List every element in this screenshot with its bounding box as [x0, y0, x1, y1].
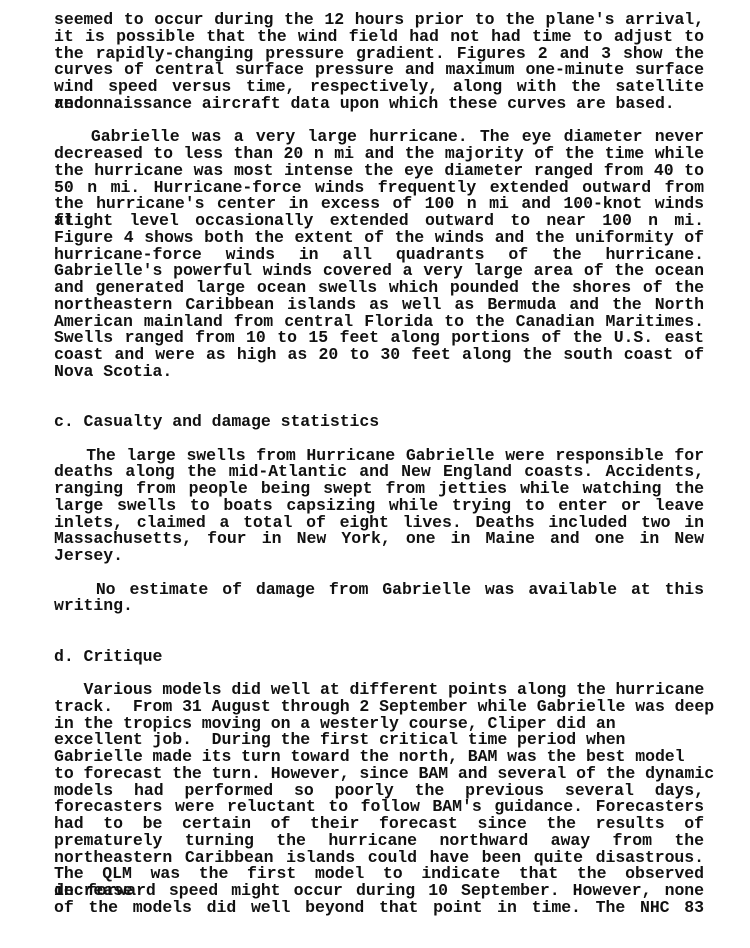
blank-line [54, 565, 704, 582]
section-heading-h-casualty: c. Casualty and damage statistics [54, 414, 704, 431]
text-line: writing. [54, 598, 704, 615]
section-gap [54, 615, 704, 649]
section-heading-h-critique: d. Critique [54, 649, 704, 666]
paragraph-p-damage: No estimate of damage from Gabrielle was… [54, 582, 704, 616]
paragraph-p-large-hurricane: Gabrielle was a very large hurricane. Th… [54, 129, 704, 380]
text-line: prematurely turning the hurricane northw… [54, 833, 704, 850]
text-line: it is possible that the wind field had n… [54, 29, 704, 46]
blank-line [54, 431, 704, 448]
text-line: reconnaissance aircraft data upon which … [54, 96, 704, 113]
document-page: seemed to occur during the 12 hours prio… [54, 12, 704, 917]
section-gap [54, 381, 704, 415]
text-line: No estimate of damage from Gabrielle was… [54, 582, 704, 599]
text-line: large swells to boats capsizing while tr… [54, 498, 704, 515]
paragraph-p-intro-cont: seemed to occur during the 12 hours prio… [54, 12, 704, 113]
text-line: track. From 31 August through 2 Septembe… [54, 699, 704, 716]
text-line: northeastern Caribbean islands as well a… [54, 297, 704, 314]
text-line: Massachusetts, four in New York, one in … [54, 531, 704, 548]
text-line: Figure 4 shows both the extent of the wi… [54, 230, 704, 247]
paragraph-p-models: Various models did well at different poi… [54, 682, 704, 917]
text-line: of the models did well beyond that point… [54, 900, 704, 917]
text-line: the hurricane was most intense the eye d… [54, 163, 704, 180]
text-line: Jersey. [54, 548, 704, 565]
text-line: Nova Scotia. [54, 364, 704, 381]
paragraph-p-swells-deaths: The large swells from Hurricane Gabriell… [54, 448, 704, 565]
text-line: to forecast the turn. However, since BAM… [54, 766, 704, 783]
